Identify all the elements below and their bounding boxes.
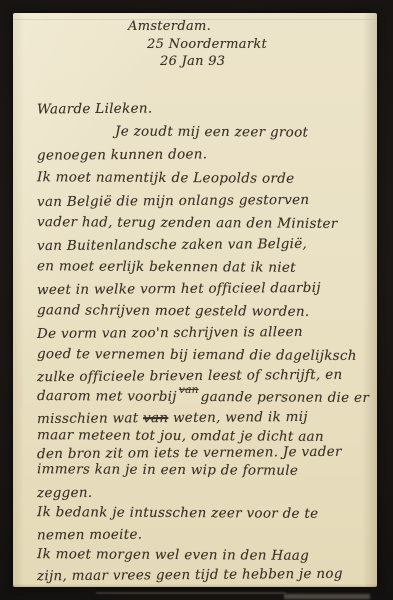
letter-line: genoegen kunnen doen. [37, 146, 207, 163]
letter-line: en moet eerlijk bekennen dat ik niet [37, 258, 296, 276]
line-text: zijn, maar vrees geen tijd te hebben je … [37, 566, 343, 584]
line-text: weet in welke vorm het officieel daarbij [37, 280, 321, 298]
photo-bottom-streak-right [284, 594, 370, 599]
line-text: gaand schrijven moet gesteld worden. [37, 302, 310, 320]
line-text: nemen moeite. [37, 527, 142, 544]
letter-line: zulke officieele brieven leest of schrij… [37, 367, 343, 385]
line-text: Ik bedank je intusschen zeer voor de te [37, 504, 319, 522]
line-text: zeggen. [37, 485, 93, 501]
letter-paper: Amsterdam. 25 Noordermarkt 26 Jan 93 Waa… [13, 13, 377, 587]
line-text: maar meteen tot jou, omdat je dicht aan [37, 427, 324, 445]
line-text: Waarde Lileken. [37, 101, 153, 118]
line-text: en moet eerlijk bekennen dat ik niet [37, 258, 296, 276]
letter-line: Ik bedank je intusschen zeer voor de te [37, 504, 319, 522]
line-text: immers kan je in een wip de formule [37, 461, 298, 479]
letter-heading-address: 25 Noordermarkt [147, 37, 267, 52]
line-text: Je zoudt mij een zeer groot [115, 123, 308, 140]
inserted-word: van [179, 384, 199, 396]
line-text: van België die mijn onlangs gestorven [37, 192, 310, 210]
line-text: van Buitenlandsche zaken van België, [37, 236, 307, 254]
letter-line: De vorm van zoo'n schrijven is alleen [37, 324, 303, 342]
line-text: De vorm van zoo'n schrijven is alleen [37, 324, 303, 342]
letter-line: daarom met voorbijvangaande personen die… [37, 388, 369, 406]
letter-line: zijn, maar vrees geen tijd te hebben je … [37, 566, 343, 584]
letter-line: weet in welke vorm het officieel daarbij [37, 280, 321, 298]
letter-line: van Buitenlandsche zaken van België, [37, 236, 307, 254]
letter-line: immers kan je in een wip de formule [37, 461, 298, 479]
letter-line: den bron zit om iets te vernemen. Je vad… [37, 444, 342, 462]
letter-line: gaand schrijven moet gesteld worden. [37, 302, 310, 320]
line-text: Ik moet morgen wel even in den Haag [37, 546, 309, 564]
letter-line: Ik moet namentijk de Leopolds orde [37, 169, 295, 187]
line-text: misschien wat [37, 410, 143, 427]
letter-line: van België die mijn onlangs gestorven [37, 192, 310, 210]
letter-heading-date: 26 Jan 93 [160, 54, 225, 69]
paper-bottom-shadow [13, 584, 377, 587]
letter-line: goed te vernemen bij iemand die dagelijk… [37, 346, 357, 364]
line-text: den bron zit om iets te vernemen. Je vad… [37, 444, 342, 462]
struck-word: van [143, 410, 168, 426]
line-text: daarom met voorbij [37, 388, 177, 405]
line-text: zulke officieele brieven leest of schrij… [37, 367, 343, 385]
letter-line: Ik moet morgen wel even in den Haag [37, 546, 309, 564]
line-text: Ik moet namentijk de Leopolds orde [37, 169, 295, 187]
letter-line: misschien wat van weten, wend ik mij [37, 409, 308, 427]
photo-bottom-streak [96, 592, 286, 594]
line-text: genoegen kunnen doen. [37, 146, 207, 163]
letter-line: maar meteen tot jou, omdat je dicht aan [37, 427, 324, 445]
salutation-line: Waarde Lileken. [37, 101, 153, 118]
line-text: gaande personen die er [201, 389, 370, 406]
line-text: weten, wend ik mij [168, 409, 308, 426]
line-text: goed te vernemen bij iemand die dagelijk… [37, 346, 357, 364]
line-text: vader had, terug zenden aan den Minister [37, 214, 338, 232]
letter-line: zeggen. [37, 485, 93, 501]
letter-heading-place: Amsterdam. [128, 19, 211, 34]
letter-line: Je zoudt mij een zeer groot [115, 123, 308, 140]
letter-line: vader had, terug zenden aan den Minister [37, 214, 338, 232]
letter-line: nemen moeite. [37, 527, 142, 544]
